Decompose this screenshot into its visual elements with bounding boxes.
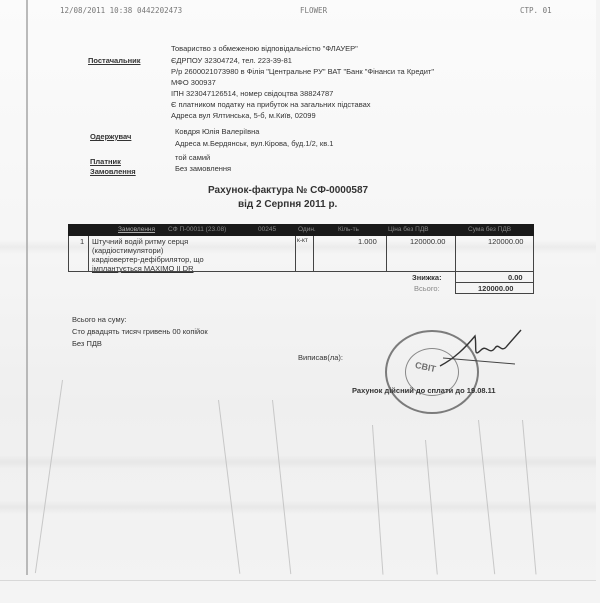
vat-note: Без ПДВ: [72, 339, 102, 348]
supplier-line: Адреса вул Ялтинська, 5-б, м.Київ, 02099: [171, 111, 316, 120]
table-border: [455, 293, 534, 294]
paper-crease: [272, 400, 291, 574]
col-sum: Сума без ПДВ: [468, 226, 511, 233]
supplier-line: Товариство з обмеженою відповідальністю …: [171, 44, 358, 53]
paper-fold: [0, 500, 596, 514]
signature: [435, 328, 525, 373]
invoice-title: Рахунок-фактура № СФ-0000587: [208, 185, 368, 196]
order-label: Замовлення: [90, 167, 136, 176]
discount-label: Знижка:: [412, 273, 442, 282]
row-price: 120000.00: [410, 237, 445, 246]
total-words-label: Всього на суму:: [72, 315, 127, 324]
table-border: [455, 236, 456, 294]
paper-fold: [0, 455, 596, 469]
fax-datetime: 12/08/2011 10:38: [60, 6, 132, 15]
row-description: Штучний водій ритму серця: [92, 237, 188, 246]
row-sum: 120000.00: [488, 237, 523, 246]
valid-until-note: Рахунок дійсний до сплати до 19.08.11: [352, 386, 496, 395]
paper-crease: [218, 400, 240, 574]
row-unit: к-кт: [297, 237, 308, 244]
table-header: Замовлення СФ П-00011 (23.08) 00245 Один…: [68, 224, 534, 236]
order-value: Без замовлення: [175, 164, 231, 173]
fax-sender: FLOWER: [300, 6, 327, 15]
col-qty: Кіль-ть: [338, 226, 359, 233]
table-border: [533, 236, 534, 294]
supplier-line: ЄДРПОУ 32304724, тел. 223-39-81: [171, 56, 292, 65]
total-value: 120000.00: [478, 284, 513, 293]
row-description: кардіовертер-дефібрилятор, що: [92, 255, 204, 264]
fax-page: CTP. 01: [520, 6, 552, 15]
table-border: [295, 236, 296, 272]
issued-by-label: Виписав(ла):: [298, 353, 343, 362]
col-ref: СФ П-00011 (23.08): [168, 226, 226, 233]
col-code: 00245: [258, 226, 276, 233]
row-description: (кардіостимулятори): [92, 246, 163, 255]
supplier-label: Постачальник: [88, 56, 141, 65]
table-border: [313, 236, 314, 272]
paper-crease: [35, 380, 63, 573]
discount-value: 0.00: [508, 273, 523, 282]
invoice-date: від 2 Серпня 2011 р.: [238, 199, 337, 210]
paper-crease: [522, 420, 537, 574]
table-border: [455, 282, 534, 283]
paper-crease: [26, 0, 28, 575]
row-description: імплантується MAXIMO II DR: [92, 264, 194, 273]
row-number: 1: [80, 237, 84, 246]
table-border: [68, 236, 69, 272]
payer-value: той самий: [175, 153, 210, 162]
total-words-amount: Сто двадцять тисяч гривень 00 копійок: [72, 327, 208, 336]
paper-crease: [478, 420, 495, 574]
recipient-label: Одержувач: [90, 132, 131, 141]
table-border: [88, 236, 89, 272]
supplier-line: Р/р 2600021073980 в Філія "Центральне РУ…: [171, 67, 434, 76]
total-label: Всього:: [414, 284, 440, 293]
row-qty: 1.000: [358, 237, 377, 246]
table-border: [386, 236, 387, 272]
payer-label: Платник: [90, 157, 121, 166]
supplier-line: ІПН 323047126514, номер свідоцтва 388247…: [171, 89, 333, 98]
recipient-line: Адреса м.Бердянськ, вул.Кірова, буд.1/2,…: [175, 139, 333, 148]
col-order: Замовлення: [118, 226, 155, 233]
recipient-line: Ковдря Юлія Валеріївна: [175, 127, 259, 136]
col-unit: Один.: [298, 226, 316, 233]
col-price: Ціна без ПДВ: [388, 226, 429, 233]
fax-phone: 0442202473: [137, 6, 182, 15]
supplier-line: Є платником податку на прибуток на загал…: [171, 100, 371, 109]
supplier-line: МФО 300937: [171, 78, 216, 87]
